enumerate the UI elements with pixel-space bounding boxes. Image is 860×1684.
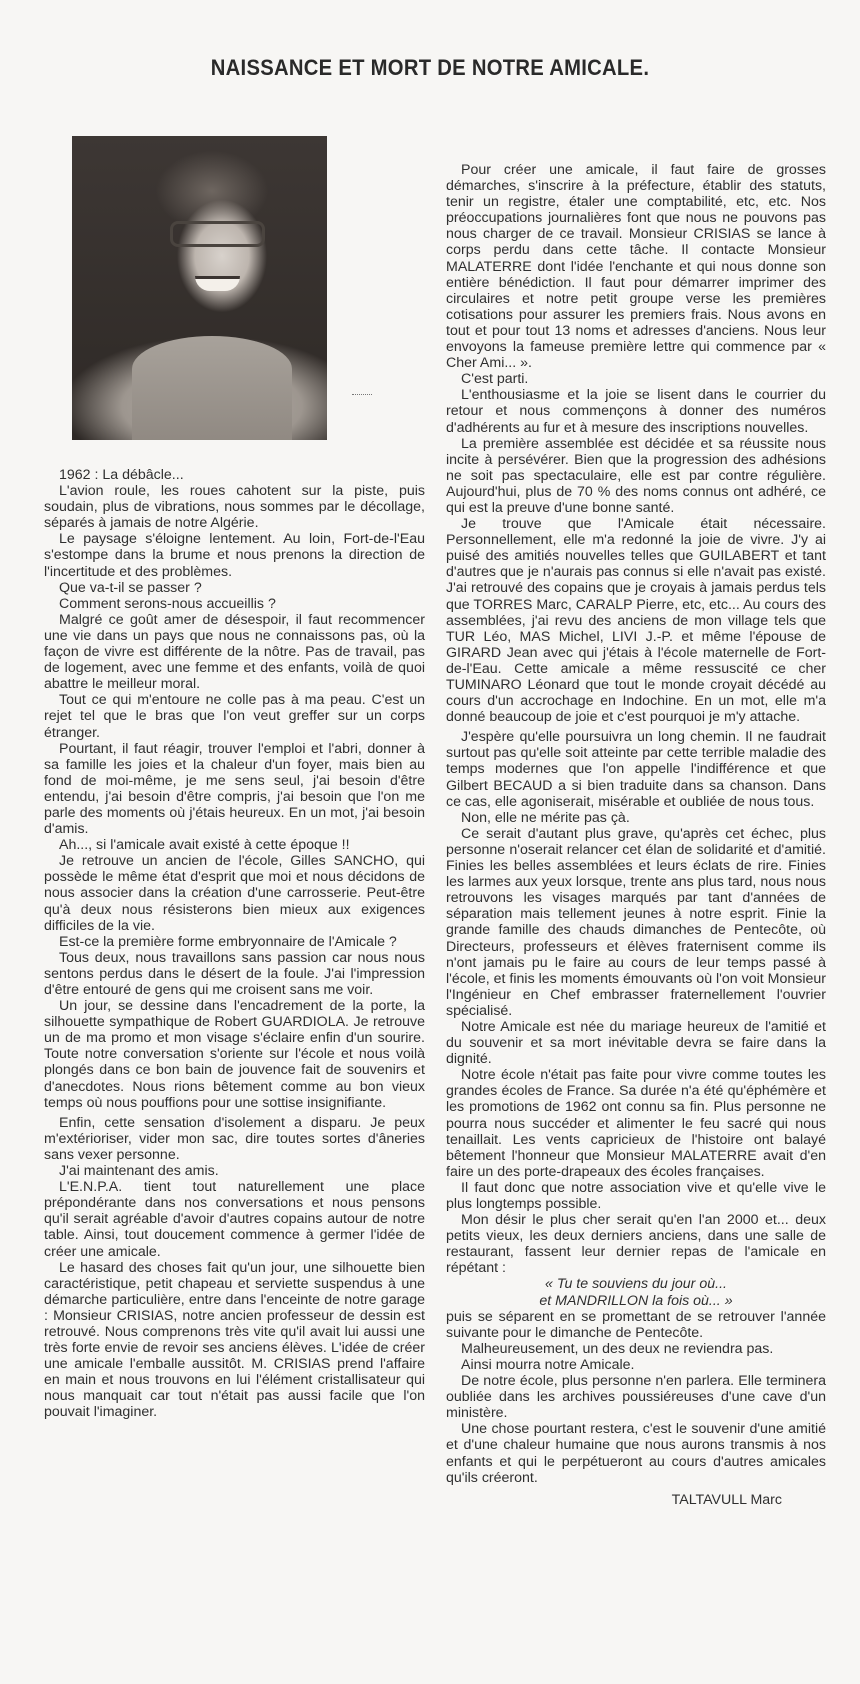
paragraph: Pour créer une amicale, il faut faire de… (446, 162, 826, 371)
paragraph: L'enthousiasme et la joie se lisent dans… (446, 387, 826, 435)
paragraph: Une chose pourtant restera, c'est le sou… (446, 1421, 826, 1485)
paragraph: Ce serait d'autant plus grave, qu'après … (446, 826, 826, 1019)
paragraph: Je trouve que l'Amicale était nécessaire… (446, 516, 826, 725)
paragraph: Le paysage s'éloigne lentement. Au loin,… (44, 531, 425, 579)
paragraph: Il faut donc que notre association vive … (446, 1180, 826, 1212)
paragraph: puis se séparent en se promettant de se … (446, 1309, 826, 1341)
left-column: 1962 : La débâcle... L'avion roule, les … (44, 467, 425, 1421)
paragraph: Notre Amicale est née du mariage heureux… (446, 1019, 826, 1067)
paragraph: De notre école, plus personne n'en parle… (446, 1373, 826, 1421)
photo-glasses-shape (170, 221, 265, 247)
paragraph: La première assemblée est décidée et sa … (446, 436, 826, 516)
paragraph: J'espère qu'elle poursuivra un long chem… (446, 729, 826, 809)
paragraph: Comment serons-nous accueillis ? (44, 596, 425, 612)
quote-line: et MANDRILLON la fois où... » (446, 1293, 826, 1309)
photo-shirt-shape (132, 336, 292, 440)
paragraph: Est-ce la première forme embryonnaire de… (44, 934, 425, 950)
paragraph: Non, elle ne mérite pas çà. (446, 810, 826, 826)
paragraph: Un jour, se dessine dans l'encadrement d… (44, 998, 425, 1111)
paragraph: Tous deux, nous travaillons sans passion… (44, 950, 425, 998)
print-mark (352, 394, 372, 397)
paragraph: Mon désir le plus cher serait qu'en l'an… (446, 1212, 826, 1276)
paragraph: Malheureusement, un des deux ne reviendr… (446, 1341, 826, 1357)
quote-line: « Tu te souviens du jour où... (446, 1276, 826, 1292)
author-portrait-photo (72, 136, 327, 440)
paragraph: Malgré ce goût amer de désespoir, il fau… (44, 612, 425, 692)
paragraph: J'ai maintenant des amis. (44, 1163, 425, 1179)
paragraph: C'est parti. (446, 371, 826, 387)
paragraph: Pourtant, il faut réagir, trouver l'empl… (44, 741, 425, 838)
paragraph: Notre école n'était pas faite pour vivre… (446, 1067, 826, 1180)
paragraph: L'E.N.P.A. tient tout naturellement une … (44, 1179, 425, 1259)
paragraph: Tout ce qui m'entoure ne colle pas à ma … (44, 692, 425, 740)
paragraph: Que va-t-il se passer ? (44, 580, 425, 596)
paragraph: L'avion roule, les roues cahotent sur la… (44, 483, 425, 531)
photo-smile-shape (195, 276, 240, 291)
paragraph: Ah..., si l'amicale avait existé à cette… (44, 837, 425, 853)
paragraph: Le hasard des choses fait qu'un jour, un… (44, 1260, 425, 1421)
right-column: Pour créer une amicale, il faut faire de… (446, 162, 826, 1508)
paragraph: 1962 : La débâcle... (44, 467, 425, 483)
article-title: NAISSANCE ET MORT DE NOTRE AMICALE. (34, 55, 825, 81)
author-signature: TALTAVULL Marc (446, 1492, 826, 1508)
paragraph: Je retrouve un ancien de l'école, Gilles… (44, 853, 425, 933)
paragraph: Ainsi mourra notre Amicale. (446, 1357, 826, 1373)
paragraph: Enfin, cette sensation d'isolement a dis… (44, 1115, 425, 1163)
